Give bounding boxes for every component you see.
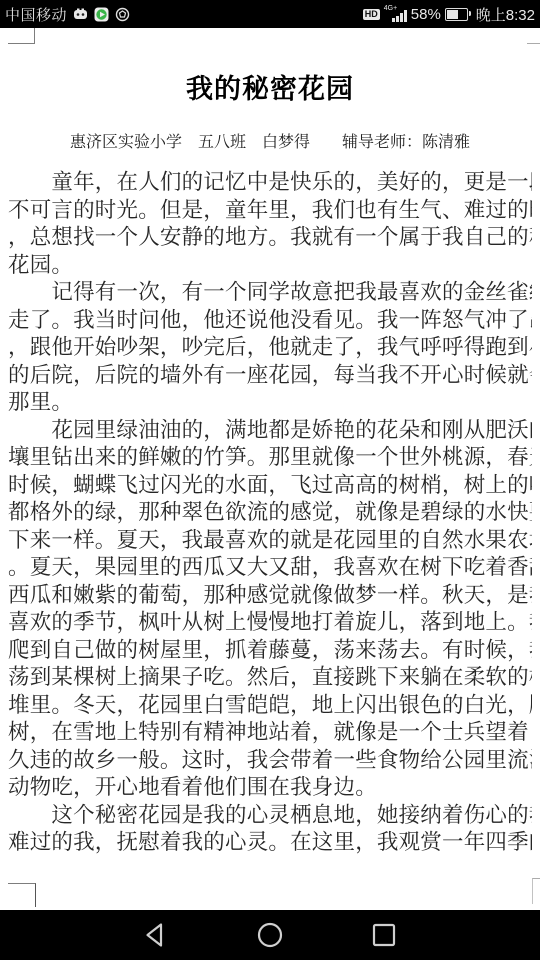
text-line: 树，在雪地上特别有精神地站着，就像是一个士兵望着自己 — [8, 719, 532, 747]
text-line: 花园。 — [8, 252, 532, 280]
text-line: 记得有一次，有一个同学故意把我最喜欢的金丝雀给放 — [8, 279, 532, 307]
carrier-label: 中国移动 — [5, 4, 67, 25]
document-title: 我的秘密花园 — [0, 72, 540, 106]
battery-tip — [469, 11, 472, 16]
text-line: 下来一样。夏天，我最喜欢的就是花园里的自然水果农场了 — [8, 527, 532, 555]
text-line: 时候，蝴蝶飞过闪光的水面，飞过高高的树梢，树上的叶子 — [8, 472, 532, 500]
home-button[interactable] — [256, 921, 284, 949]
text-line: 壤里钻出来的鲜嫩的竹笋。那里就像一个世外桃源，春天的 — [8, 444, 532, 472]
text-line: 西瓜和嫩紫的葡萄，那种感觉就像做梦一样。秋天，是我更 — [8, 582, 532, 610]
hd-voice-icon: HD — [363, 9, 380, 20]
back-button[interactable] — [142, 921, 170, 949]
text-line: 不可言的时光。但是，童年里，我们也有生气、难过的时候 — [8, 197, 532, 225]
text-line: 的后院，后院的墙外有一座花园，每当我不开心时候就会去 — [8, 362, 532, 390]
navigation-bar — [0, 910, 540, 960]
crop-mark-bottom-left — [8, 883, 36, 907]
ring-notification-icon — [115, 7, 130, 22]
text-line: 久违的故乡一般。这时，我会带着一些食物给公园里流浪的 — [8, 747, 532, 775]
recents-square-icon — [370, 921, 398, 949]
text-line: 都格外的绿，那种翠色欲流的感觉，就像是碧绿的水快要流 — [8, 499, 532, 527]
text-line: 这个秘密花园是我的心灵栖息地，她接纳着伤心的我， — [8, 802, 532, 830]
back-triangle-icon — [142, 921, 170, 949]
paragraph: 这个秘密花园是我的心灵栖息地，她接纳着伤心的我，难过的我，抚慰着我的心灵。在这里… — [8, 802, 532, 857]
recents-button[interactable] — [370, 921, 398, 949]
clock-label: 晚上8:32 — [476, 4, 535, 25]
text-line: ，总想找一个人安静的地方。我就有一个属于我自己的秘密 — [8, 224, 532, 252]
gamepad-app-icon — [73, 8, 88, 21]
battery-fill — [447, 10, 458, 19]
text-line: 动物吃，开心地看着他们围在我身边。 — [8, 774, 532, 802]
crop-mark-top-right — [527, 28, 540, 44]
video-play-app-icon — [94, 7, 109, 22]
text-line: 爬到自己做的树屋里，抓着藤蔓，荡来荡去。有时候，我会 — [8, 637, 532, 665]
battery-percent-label: 58% — [411, 6, 441, 23]
text-line: 那里。 — [8, 389, 532, 417]
paragraph: 花园里绿油油的，满地都是娇艳的花朵和刚从肥沃的土壤里钻出来的鲜嫩的竹笋。那里就像… — [8, 417, 532, 802]
status-bar: 中国移动 — [0, 0, 540, 28]
text-line: ，跟他开始吵架，吵完后，他就走了，我气呼呼得跑到小区 — [8, 334, 532, 362]
text-line: 堆里。冬天，花园里白雪皑皑，地上闪出银色的白光，腊梅 — [8, 692, 532, 720]
battery-icon — [445, 8, 468, 21]
text-line: 童年，在人们的记忆中是快乐的，美好的，更是一段妙 — [8, 169, 532, 197]
text-line: 难过的我，抚慰着我的心灵。在这里，我观赏一年四季的风 — [8, 829, 532, 857]
status-bar-right: HD 4G+ 58% 晚上8:32 — [363, 4, 535, 25]
crop-mark-bottom-right — [532, 878, 540, 904]
phone-screen: 中国移动 — [0, 0, 540, 960]
signal-strength-icon: 4G+ — [384, 5, 407, 23]
home-circle-icon — [256, 921, 284, 949]
text-line: 荡到某棵树上摘果子吃。然后，直接跳下来躺在柔软的枫叶 — [8, 664, 532, 692]
paragraph: 童年，在人们的记忆中是快乐的，美好的，更是一段妙不可言的时光。但是，童年里，我们… — [8, 169, 532, 279]
signal-bars — [392, 10, 407, 22]
status-bar-left: 中国移动 — [5, 4, 130, 25]
text-line: 花园里绿油油的，满地都是娇艳的花朵和刚从肥沃的土 — [8, 417, 532, 445]
text-line: 走了。我当时问他，他还说他没看见。我一阵怒气冲了出来 — [8, 307, 532, 335]
paragraph: 记得有一次，有一个同学故意把我最喜欢的金丝雀给放走了。我当时问他，他还说他没看见… — [8, 279, 532, 417]
crop-mark-top-left — [8, 28, 35, 44]
document-byline: 惠济区实验小学 五八班 白梦得 辅导老师：陈清雅 — [0, 132, 540, 154]
text-line: 喜欢的季节，枫叶从树上慢慢地打着旋儿，落到地上。我就 — [8, 609, 532, 637]
text-line: 。夏天，果园里的西瓜又大又甜，我喜欢在树下吃着香甜的 — [8, 554, 532, 582]
document-page: 我的秘密花园 惠济区实验小学 五八班 白梦得 辅导老师：陈清雅 童年，在人们的记… — [0, 28, 540, 910]
document-body: 童年，在人们的记忆中是快乐的，美好的，更是一段妙不可言的时光。但是，童年里，我们… — [0, 169, 540, 857]
